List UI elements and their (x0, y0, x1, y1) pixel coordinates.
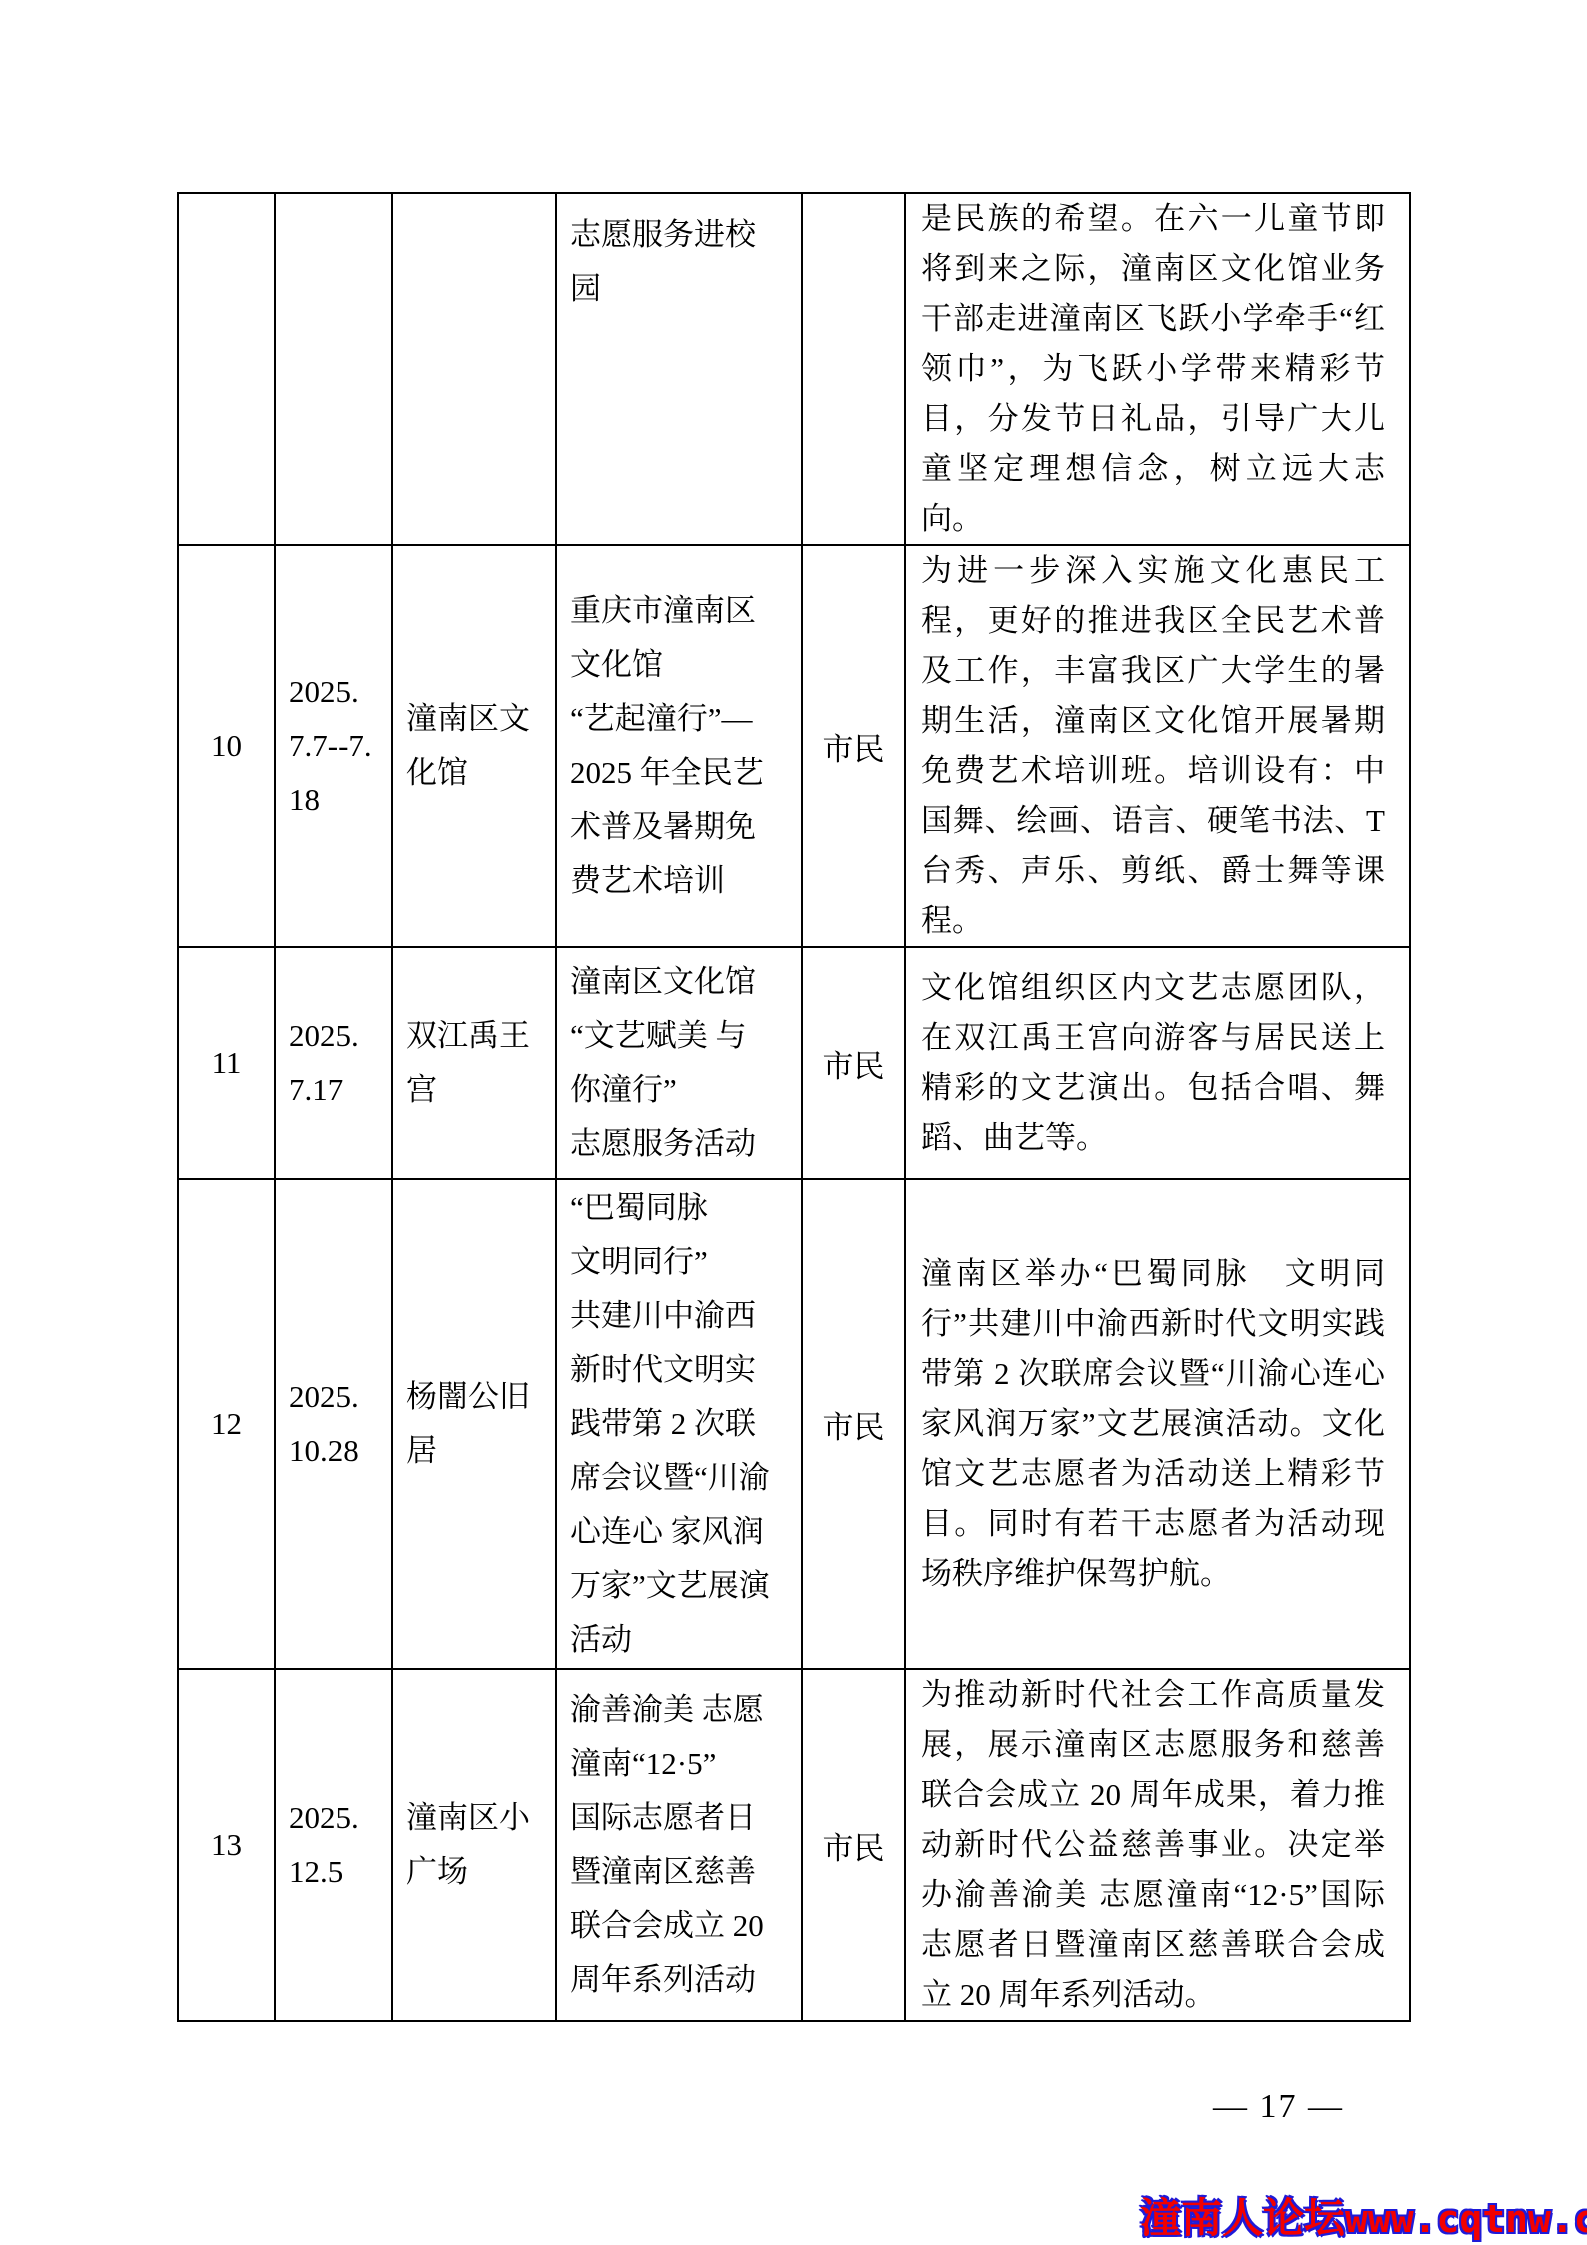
row-number-cell: 12 (178, 1179, 275, 1669)
activities-table: 志愿服务进校 园 是民族的希望。在六一儿童节即将到来之际，潼南区文化馆业务干部走… (177, 192, 1411, 2022)
date-cell (275, 193, 392, 545)
page-number: — 17 — (1213, 2088, 1344, 2126)
date-cell: 2025. 7.17 (275, 947, 392, 1179)
date-cell: 2025. 10.28 (275, 1179, 392, 1669)
audience-cell (802, 193, 905, 545)
activity-name-cell: 志愿服务进校 园 (556, 193, 802, 545)
date-cell: 2025. 12.5 (275, 1669, 392, 2021)
watermark: 潼南人论坛www.cqtnw.cn (1140, 2193, 1587, 2245)
activity-name-cell: 渝善渝美 志愿 潼南“12·5” 国际志愿者日 暨潼南区慈善 联合会成立 20 … (556, 1669, 802, 2021)
table-row: 13 2025. 12.5 潼南区小 广场 渝善渝美 志愿 潼南“12·5” 国… (178, 1669, 1410, 2021)
description-cell: 为推动新时代社会工作高质量发展，展示潼南区志愿服务和慈善联合会成立 20 周年成… (905, 1669, 1410, 2021)
table-row: 11 2025. 7.17 双江禹王 宫 潼南区文化馆 “文艺赋美 与 你潼行”… (178, 947, 1410, 1179)
audience-cell: 市民 (802, 1669, 905, 2021)
table-row: 10 2025. 7.7--7. 18 潼南区文 化馆 重庆市潼南区 文化馆 “… (178, 545, 1410, 947)
table-row: 12 2025. 10.28 杨闇公旧 居 “巴蜀同脉 文明同行” 共建川中渝西… (178, 1179, 1410, 1669)
activity-name-cell: 重庆市潼南区 文化馆 “艺起潼行”— 2025 年全民艺 术普及暑期免 费艺术培… (556, 545, 802, 947)
document-page: 志愿服务进校 园 是民族的希望。在六一儿童节即将到来之际，潼南区文化馆业务干部走… (0, 0, 1587, 2245)
row-number-cell: 11 (178, 947, 275, 1179)
location-cell: 潼南区文 化馆 (392, 545, 556, 947)
table-row: 志愿服务进校 园 是民族的希望。在六一儿童节即将到来之际，潼南区文化馆业务干部走… (178, 193, 1410, 545)
description-cell: 是民族的希望。在六一儿童节即将到来之际，潼南区文化馆业务干部走进潼南区飞跃小学牵… (905, 193, 1410, 545)
row-number-cell (178, 193, 275, 545)
audience-cell: 市民 (802, 947, 905, 1179)
watermark-site-name: 潼南人论坛 (1140, 2195, 1345, 2241)
description-cell: 潼南区举办“巴蜀同脉 文明同行”共建川中渝西新时代文明实践带第 2 次联席会议暨… (905, 1179, 1410, 1669)
audience-cell: 市民 (802, 1179, 905, 1669)
description-cell: 文化馆组织区内文艺志愿团队，在双江禹王宫向游客与居民送上精彩的文艺演出。包括合唱… (905, 947, 1410, 1179)
location-cell: 杨闇公旧 居 (392, 1179, 556, 1669)
location-cell: 双江禹王 宫 (392, 947, 556, 1179)
row-number-cell: 13 (178, 1669, 275, 2021)
description-cell: 为进一步深入实施文化惠民工程，更好的推进我区全民艺术普及工作，丰富我区广大学生的… (905, 545, 1410, 947)
watermark-url: www.cqtnw.cn (1345, 2197, 1587, 2241)
row-number-cell: 10 (178, 545, 275, 947)
location-cell: 潼南区小 广场 (392, 1669, 556, 2021)
date-cell: 2025. 7.7--7. 18 (275, 545, 392, 947)
activity-name-cell: 潼南区文化馆 “文艺赋美 与 你潼行” 志愿服务活动 (556, 947, 802, 1179)
activity-name-cell: “巴蜀同脉 文明同行” 共建川中渝西 新时代文明实 践带第 2 次联 席会议暨“… (556, 1179, 802, 1669)
location-cell (392, 193, 556, 545)
audience-cell: 市民 (802, 545, 905, 947)
